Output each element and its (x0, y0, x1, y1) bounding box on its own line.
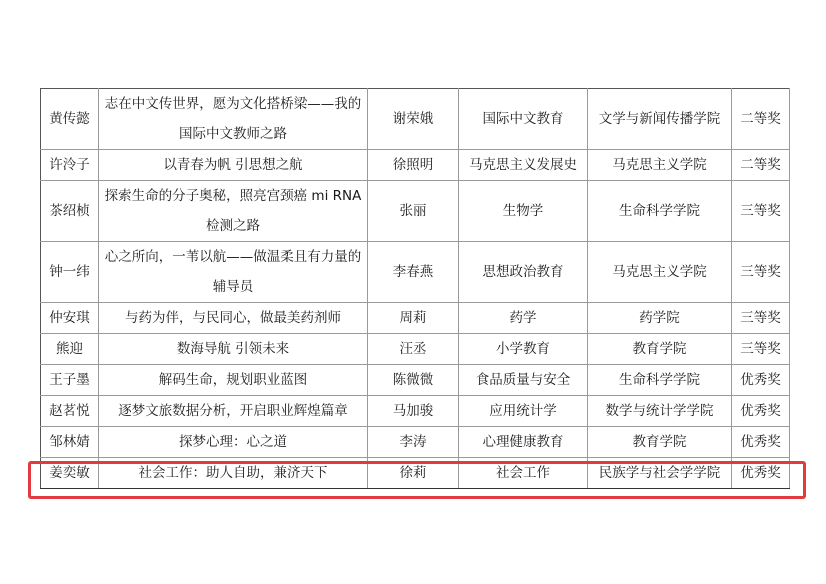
advisor-cell: 张丽 (368, 181, 459, 242)
college-cell: 药学院 (588, 303, 732, 334)
award-cell: 优秀奖 (732, 396, 790, 427)
title-cell: 数海导航 引领未来 (99, 334, 368, 365)
table-row: 仲安琪 与药为伴，与民同心，做最美药剂师 周莉 药学 药学院 三等奖 (41, 303, 790, 334)
advisor-cell: 徐莉 (368, 458, 459, 489)
title-cell: 解码生命，规划职业蓝图 (99, 365, 368, 396)
award-cell: 二等奖 (732, 150, 790, 181)
college-cell: 生命科学学院 (588, 365, 732, 396)
student-name-cell: 熊迎 (41, 334, 99, 365)
college-cell: 教育学院 (588, 427, 732, 458)
student-name-cell: 许泠子 (41, 150, 99, 181)
title-cell: 探梦心理：心之道 (99, 427, 368, 458)
college-cell: 数学与统计学学院 (588, 396, 732, 427)
student-name-cell: 姜奕敏 (41, 458, 99, 489)
advisor-cell: 李涛 (368, 427, 459, 458)
award-cell: 优秀奖 (732, 458, 790, 489)
title-cell: 逐梦文旅数据分析，开启职业辉煌篇章 (99, 396, 368, 427)
highlighted-table-row: 姜奕敏 社会工作：助人自助，兼济天下 徐莉 社会工作 民族学与社会学学院 优秀奖 (41, 458, 790, 489)
college-cell: 文学与新闻传播学院 (588, 89, 732, 150)
advisor-cell: 陈微微 (368, 365, 459, 396)
award-cell: 三等奖 (732, 181, 790, 242)
table-row: 王子墨 解码生命，规划职业蓝图 陈微微 食品质量与安全 生命科学学院 优秀奖 (41, 365, 790, 396)
student-name-cell: 茶绍桢 (41, 181, 99, 242)
award-cell: 优秀奖 (732, 365, 790, 396)
major-cell: 社会工作 (459, 458, 588, 489)
title-cell: 志在中文传世界，愿为文化搭桥梁——我的国际中文教师之路 (99, 89, 368, 150)
student-name-cell: 黄传懿 (41, 89, 99, 150)
title-cell: 与药为伴，与民同心，做最美药剂师 (99, 303, 368, 334)
student-name-cell: 王子墨 (41, 365, 99, 396)
advisor-cell: 汪丞 (368, 334, 459, 365)
advisor-cell: 谢荣娥 (368, 89, 459, 150)
table-row: 赵茗悦 逐梦文旅数据分析，开启职业辉煌篇章 马加骏 应用统计学 数学与统计学学院… (41, 396, 790, 427)
award-cell: 三等奖 (732, 242, 790, 303)
major-cell: 心理健康教育 (459, 427, 588, 458)
major-cell: 马克思主义发展史 (459, 150, 588, 181)
major-cell: 思想政治教育 (459, 242, 588, 303)
major-cell: 应用统计学 (459, 396, 588, 427)
table-row: 许泠子 以青春为帆 引思想之航 徐照明 马克思主义发展史 马克思主义学院 二等奖 (41, 150, 790, 181)
award-cell: 三等奖 (732, 303, 790, 334)
advisor-cell: 徐照明 (368, 150, 459, 181)
award-cell: 优秀奖 (732, 427, 790, 458)
title-cell: 以青春为帆 引思想之航 (99, 150, 368, 181)
table-row: 邹林婧 探梦心理：心之道 李涛 心理健康教育 教育学院 优秀奖 (41, 427, 790, 458)
major-cell: 食品质量与安全 (459, 365, 588, 396)
college-cell: 教育学院 (588, 334, 732, 365)
major-cell: 药学 (459, 303, 588, 334)
advisor-cell: 马加骏 (368, 396, 459, 427)
college-cell: 马克思主义学院 (588, 150, 732, 181)
college-cell: 生命科学学院 (588, 181, 732, 242)
student-name-cell: 邹林婧 (41, 427, 99, 458)
major-cell: 小学教育 (459, 334, 588, 365)
college-cell: 马克思主义学院 (588, 242, 732, 303)
title-cell: 探索生命的分子奥秘，照亮宫颈癌 mi RNA 检测之路 (99, 181, 368, 242)
student-name-cell: 钟一纬 (41, 242, 99, 303)
award-cell: 三等奖 (732, 334, 790, 365)
student-name-cell: 赵茗悦 (41, 396, 99, 427)
major-cell: 国际中文教育 (459, 89, 588, 150)
table-row: 茶绍桢 探索生命的分子奥秘，照亮宫颈癌 mi RNA 检测之路 张丽 生物学 生… (41, 181, 790, 242)
title-cell: 社会工作：助人自助，兼济天下 (99, 458, 368, 489)
advisor-cell: 李春燕 (368, 242, 459, 303)
title-cell: 心之所向，一苇以航——做温柔且有力量的辅导员 (99, 242, 368, 303)
student-name-cell: 仲安琪 (41, 303, 99, 334)
college-cell: 民族学与社会学学院 (588, 458, 732, 489)
major-cell: 生物学 (459, 181, 588, 242)
table-row: 熊迎 数海导航 引领未来 汪丞 小学教育 教育学院 三等奖 (41, 334, 790, 365)
award-list-table: 黄传懿 志在中文传世界，愿为文化搭桥梁——我的国际中文教师之路 谢荣娥 国际中文… (40, 88, 790, 489)
table-row: 钟一纬 心之所向，一苇以航——做温柔且有力量的辅导员 李春燕 思想政治教育 马克… (41, 242, 790, 303)
table-row: 黄传懿 志在中文传世界，愿为文化搭桥梁——我的国际中文教师之路 谢荣娥 国际中文… (41, 89, 790, 150)
advisor-cell: 周莉 (368, 303, 459, 334)
award-cell: 二等奖 (732, 89, 790, 150)
